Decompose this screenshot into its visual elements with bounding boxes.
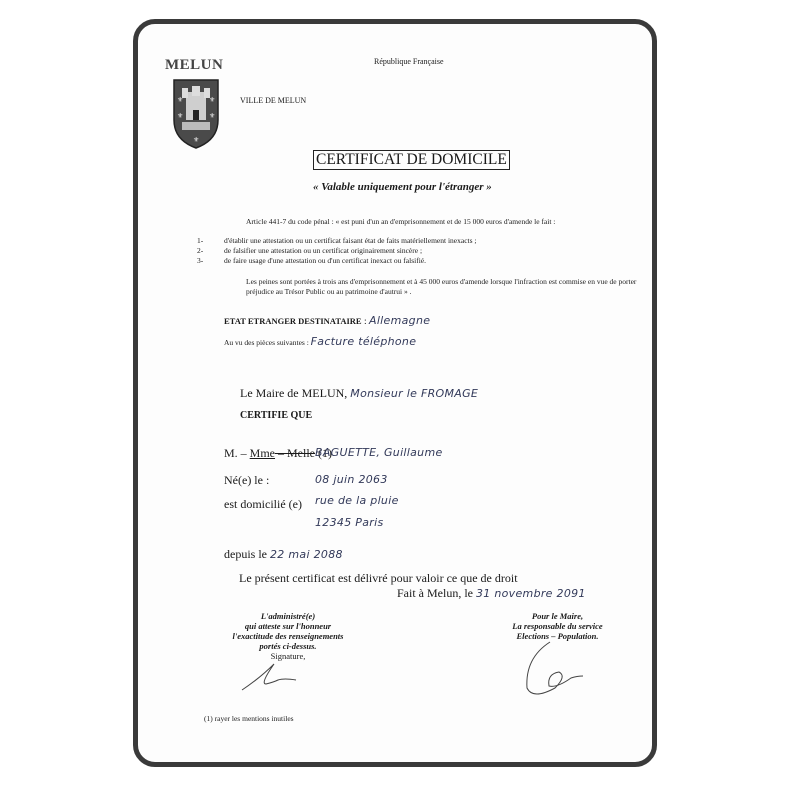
certifie-heading: CERTIFIE QUE bbox=[240, 410, 312, 421]
document-subtitle: « Valable uniquement pour l'étranger » bbox=[313, 181, 492, 193]
svg-text:⚜: ⚜ bbox=[209, 112, 215, 120]
civility-mme: Mme bbox=[250, 446, 275, 460]
fait-value: 31 novembre 2091 bbox=[476, 587, 586, 600]
etat-label: ETAT ETRANGER DESTINATAIRE bbox=[224, 316, 362, 326]
item-number: 1- bbox=[197, 236, 203, 245]
item-number: 3- bbox=[197, 256, 203, 265]
coat-of-arms-icon: ⚜ ⚜ ⚜ ⚜ ⚜ bbox=[172, 78, 220, 150]
svg-text:⚜: ⚜ bbox=[209, 96, 215, 104]
address-line2: 12345 Paris bbox=[315, 516, 383, 529]
name-value: BAGUETTE, Guillaume bbox=[315, 446, 443, 459]
ne-label: Né(e) le : bbox=[224, 473, 269, 488]
svg-text:⚜: ⚜ bbox=[177, 96, 183, 104]
maire-signature-block: Pour le Maire, La responsable du service… bbox=[500, 611, 615, 641]
document-title: CERTIFICAT DE DOMICILE bbox=[313, 150, 510, 170]
crest-title: MELUN bbox=[165, 57, 223, 74]
ville-label: VILLE DE MELUN bbox=[240, 96, 306, 105]
address-line1: rue de la pluie bbox=[315, 494, 399, 507]
penalties-text: Les peines sont portées à trois ans d'em… bbox=[246, 277, 666, 297]
maire-label: Le Maire de MELUN, bbox=[240, 386, 350, 400]
pieces-field: Au vu des pièces suivantes : Facture tél… bbox=[224, 332, 416, 350]
pieces-label: Au vu des pièces suivantes : bbox=[224, 338, 311, 347]
pieces-value: Facture téléphone bbox=[311, 335, 417, 348]
maire-field: Le Maire de MELUN, Monsieur le FROMAGE bbox=[240, 384, 478, 402]
birth-date-value: 08 juin 2063 bbox=[315, 473, 388, 486]
signature-right-icon bbox=[515, 640, 590, 705]
item-text: de falsifier une attestation ou un certi… bbox=[224, 246, 422, 255]
etat-field: ETAT ETRANGER DESTINATAIRE : Allemagne bbox=[224, 311, 430, 329]
item-text: d'établir une attestation ou un certific… bbox=[224, 236, 477, 245]
domicile-label: est domicilié (e) bbox=[224, 497, 302, 512]
depuis-value: 22 mai 2088 bbox=[270, 548, 343, 561]
civility-melle: Melle bbox=[287, 446, 315, 460]
svg-text:⚜: ⚜ bbox=[193, 136, 199, 144]
svg-text:⚜: ⚜ bbox=[177, 112, 183, 120]
etat-value: Allemagne bbox=[369, 314, 430, 327]
depuis-field: depuis le 22 mai 2088 bbox=[224, 545, 343, 563]
item-text: de faire usage d'une attestation ou d'un… bbox=[224, 256, 426, 265]
administre-block: L'administré(e) qui atteste sur l'honneu… bbox=[218, 611, 358, 661]
item-number: 2- bbox=[197, 246, 203, 255]
fait-field: Fait à Melun, le 31 novembre 2091 bbox=[397, 584, 586, 602]
article-intro: Article 441-7 du code pénal : « est puni… bbox=[246, 217, 555, 226]
maire-value: Monsieur le FROMAGE bbox=[350, 387, 478, 400]
footnote: (1) rayer les mentions inutiles bbox=[204, 714, 294, 723]
republique-label: République Française bbox=[374, 57, 444, 66]
signature-left-icon bbox=[240, 660, 310, 700]
